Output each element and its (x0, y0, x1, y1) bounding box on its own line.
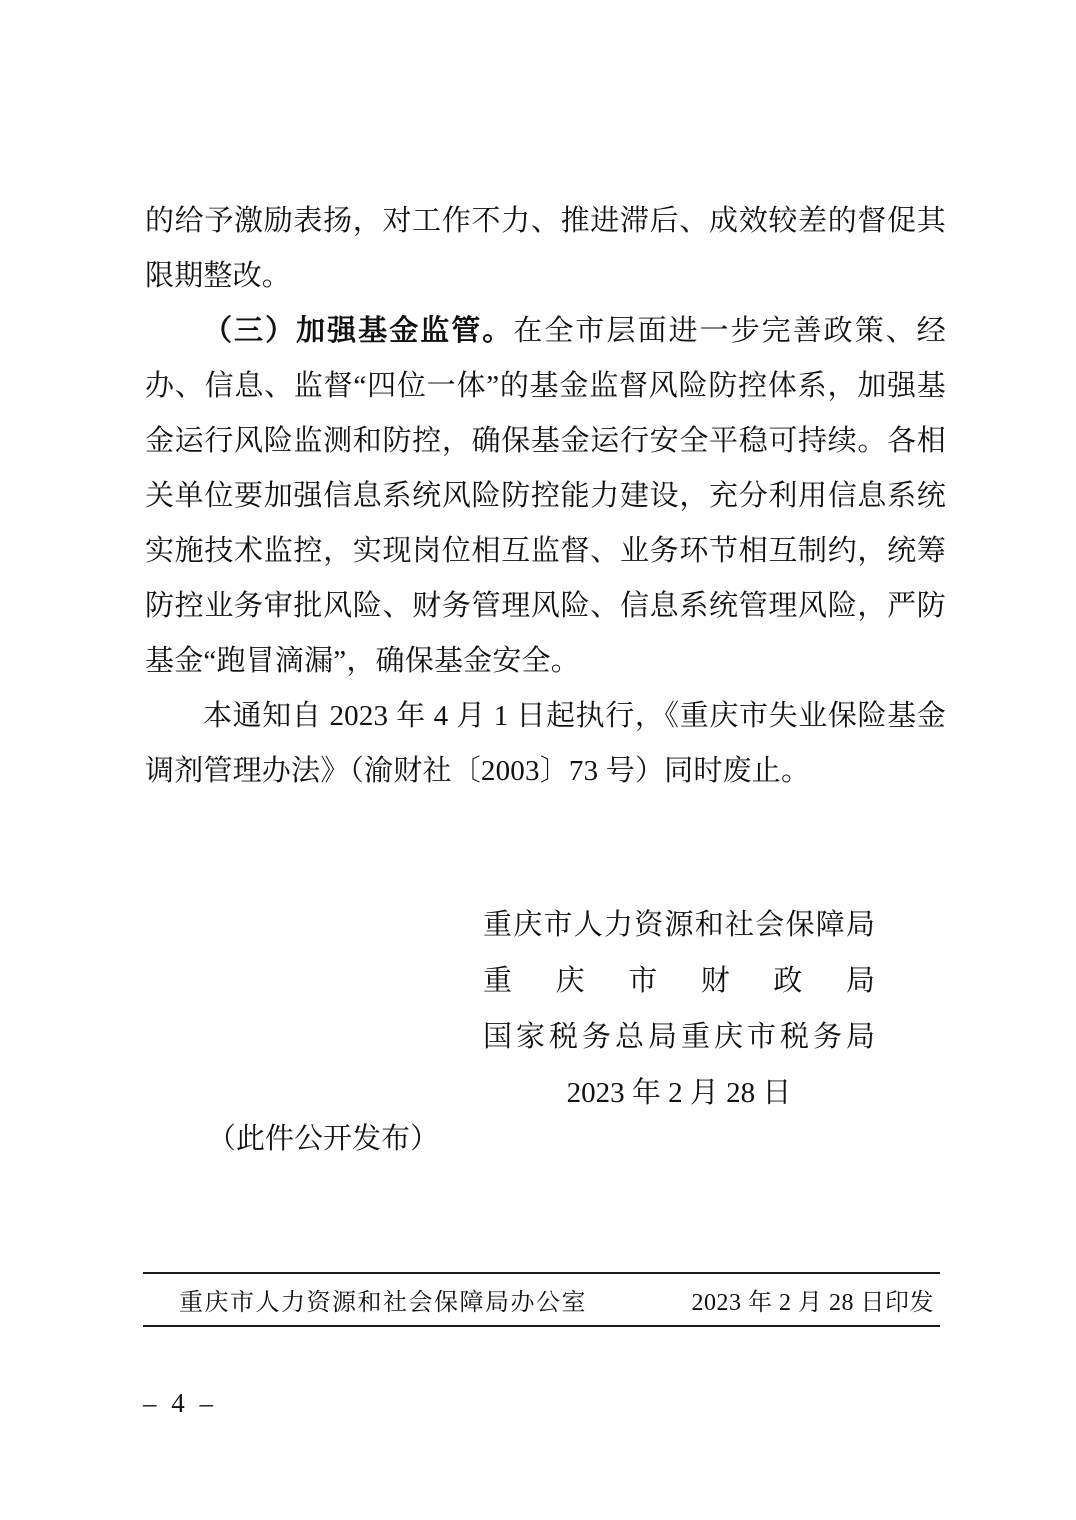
signature-date: 2023 年 2 月 28 日 (483, 1065, 875, 1121)
document-body: 的给予激励表扬，对工作不力、推进滞后、成效较差的督促其限期整改。 （三）加强基金… (145, 194, 946, 799)
paragraph-continuation: 的给予激励表扬，对工作不力、推进滞后、成效较差的督促其限期整改。 (145, 194, 946, 304)
signature-agency-hrss: 重庆市人力资源和社会保障局 (483, 897, 875, 953)
signature-block: 重庆市人力资源和社会保障局 重庆市财政局 国家税务总局重庆市税务局 2023 年… (483, 897, 875, 1121)
paragraph-text: 的给予激励表扬，对工作不力、推进滞后、成效较差的督促其限期整改。 (145, 205, 946, 292)
paragraph-bold-lead: （三）加强基金监管。 (203, 315, 513, 347)
public-release-note: （此件公开发布） (207, 1112, 439, 1167)
paragraph-text: 本通知自 2023 年 4 月 1 日起执行，《重庆市失业保险基金调剂管理办法》… (145, 700, 946, 787)
paragraph-text: 在全市层面进一步完善政策、经办、信息、监督“四位一体”的基金监督风险防控体系，加… (145, 315, 946, 677)
signature-agency-tax: 国家税务总局重庆市税务局 (483, 1009, 875, 1065)
page-number: – 4 – (143, 1388, 217, 1419)
document-page: 的给予激励表扬，对工作不力、推进滞后、成效较差的督促其限期整改。 （三）加强基金… (0, 0, 1076, 1520)
footer-print-date: 2023 年 2 月 28 日印发 (692, 1282, 935, 1317)
signature-agency-finance: 重庆市财政局 (483, 953, 875, 1009)
footer-bar: 重庆市人力资源和社会保障局办公室 2023 年 2 月 28 日印发 (143, 1272, 940, 1327)
paragraph-effective-date: 本通知自 2023 年 4 月 1 日起执行，《重庆市失业保险基金调剂管理办法》… (145, 689, 946, 799)
paragraph-item-three: （三）加强基金监管。在全市层面进一步完善政策、经办、信息、监督“四位一体”的基金… (145, 304, 946, 689)
footer-issuer-office: 重庆市人力资源和社会保障局办公室 (179, 1282, 587, 1317)
